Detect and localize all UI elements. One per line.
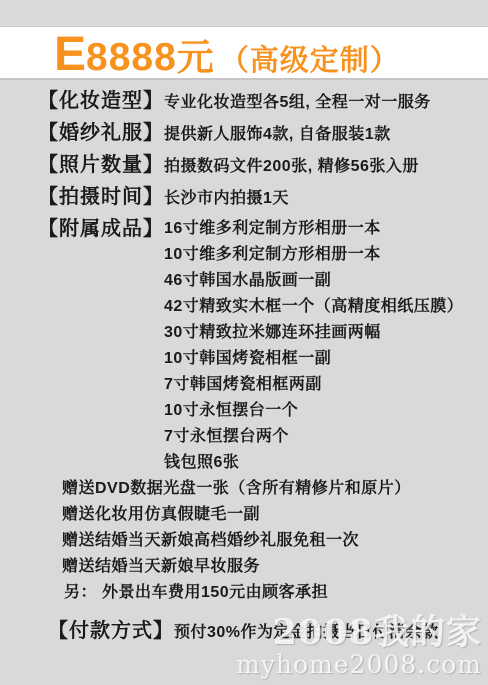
deliverables-list: 16寸维多利定制方形相册一本10寸维多利定制方形相册一本46寸韩国水晶版画一副4…	[164, 216, 463, 476]
spec-list: 【化妆造型】 专业化妆造型各5组, 全程一对一服务 【婚纱礼服】 提供新人服饰4…	[0, 84, 488, 212]
extra-fee-note: 另： 外景出车费用150元由顾客承担	[64, 580, 488, 606]
spec-label: 【照片数量】	[38, 148, 164, 177]
deliverable-item: 16寸维多利定制方形相册一本	[164, 216, 463, 242]
spec-row: 【化妆造型】 专业化妆造型各5组, 全程一对一服务	[38, 84, 488, 116]
spec-label: 【拍摄时间】	[38, 180, 164, 209]
deliverable-item: 7寸永恒摆台两个	[164, 424, 463, 450]
gift-item: 赠送结婚当天新娘高档婚纱礼服免租一次	[62, 528, 488, 554]
package-grade: （高级定制）	[220, 38, 400, 79]
deliverable-item: 42寸精致实木框一个（高精度相纸压膜）	[164, 294, 463, 320]
spec-value: 专业化妆造型各5组, 全程一对一服务	[164, 89, 431, 112]
watermark-site-domain: myhome2008.com	[236, 652, 482, 677]
spec-value: 提供新人服饰4款, 自备服装1款	[164, 121, 391, 144]
deliverable-item: 46寸韩国水晶版画一副	[164, 268, 463, 294]
gifts-list: 赠送DVD数据光盘一张（含所有精修片和原片）赠送化妆用仿真假睫毛一副赠送结婚当天…	[62, 476, 488, 580]
payment-label: 【付款方式】	[48, 614, 174, 643]
spec-value: 长沙市内拍摄1天	[164, 185, 289, 208]
deliverable-item: 钱包照6张	[164, 450, 463, 476]
spec-label: 【婚纱礼服】	[38, 116, 164, 145]
package-details: 【化妆造型】 专业化妆造型各5组, 全程一对一服务 【婚纱礼服】 提供新人服饰4…	[0, 84, 488, 644]
deliverable-item: 10寸维多利定制方形相册一本	[164, 242, 463, 268]
spec-value: 拍摄数码文件200张, 精修56张入册	[164, 153, 419, 176]
deliverable-item: 30寸精致拉米娜连环挂画两幅	[164, 320, 463, 346]
deliverables-label: 【附属成品】	[38, 216, 164, 242]
deliverables-section: 【附属成品】 16寸维多利定制方形相册一本10寸维多利定制方形相册一本46寸韩国…	[38, 216, 488, 476]
gift-item: 赠送结婚当天新娘早妆服务	[62, 554, 488, 580]
gift-item: 赠送DVD数据光盘一张（含所有精修片和原片）	[62, 476, 488, 502]
package-price: 8888	[86, 36, 177, 80]
payment-section: 【付款方式】 预付30%作为定金拍摄当日付清余款	[48, 614, 488, 644]
package-title-band: E8888元（高级定制）	[0, 26, 488, 80]
package-letter: E	[54, 29, 86, 81]
spec-row: 【拍摄时间】 长沙市内拍摄1天	[38, 180, 488, 212]
package-price-unit: 元	[177, 27, 214, 81]
spec-row: 【照片数量】 拍摄数码文件200张, 精修56张入册	[38, 148, 488, 180]
payment-value: 预付30%作为定金拍摄当日付清余款	[174, 619, 439, 642]
deliverable-item: 10寸永恒摆台一个	[164, 398, 463, 424]
deliverable-item: 10寸韩国烤瓷相框一副	[164, 346, 463, 372]
price-list-poster: E8888元（高级定制） 【化妆造型】 专业化妆造型各5组, 全程一对一服务 【…	[0, 0, 488, 685]
deliverable-item: 7寸韩国烤瓷相框两副	[164, 372, 463, 398]
gift-item: 赠送化妆用仿真假睫毛一副	[62, 502, 488, 528]
spec-row: 【婚纱礼服】 提供新人服饰4款, 自备服装1款	[38, 116, 488, 148]
spec-label: 【化妆造型】	[38, 84, 164, 113]
